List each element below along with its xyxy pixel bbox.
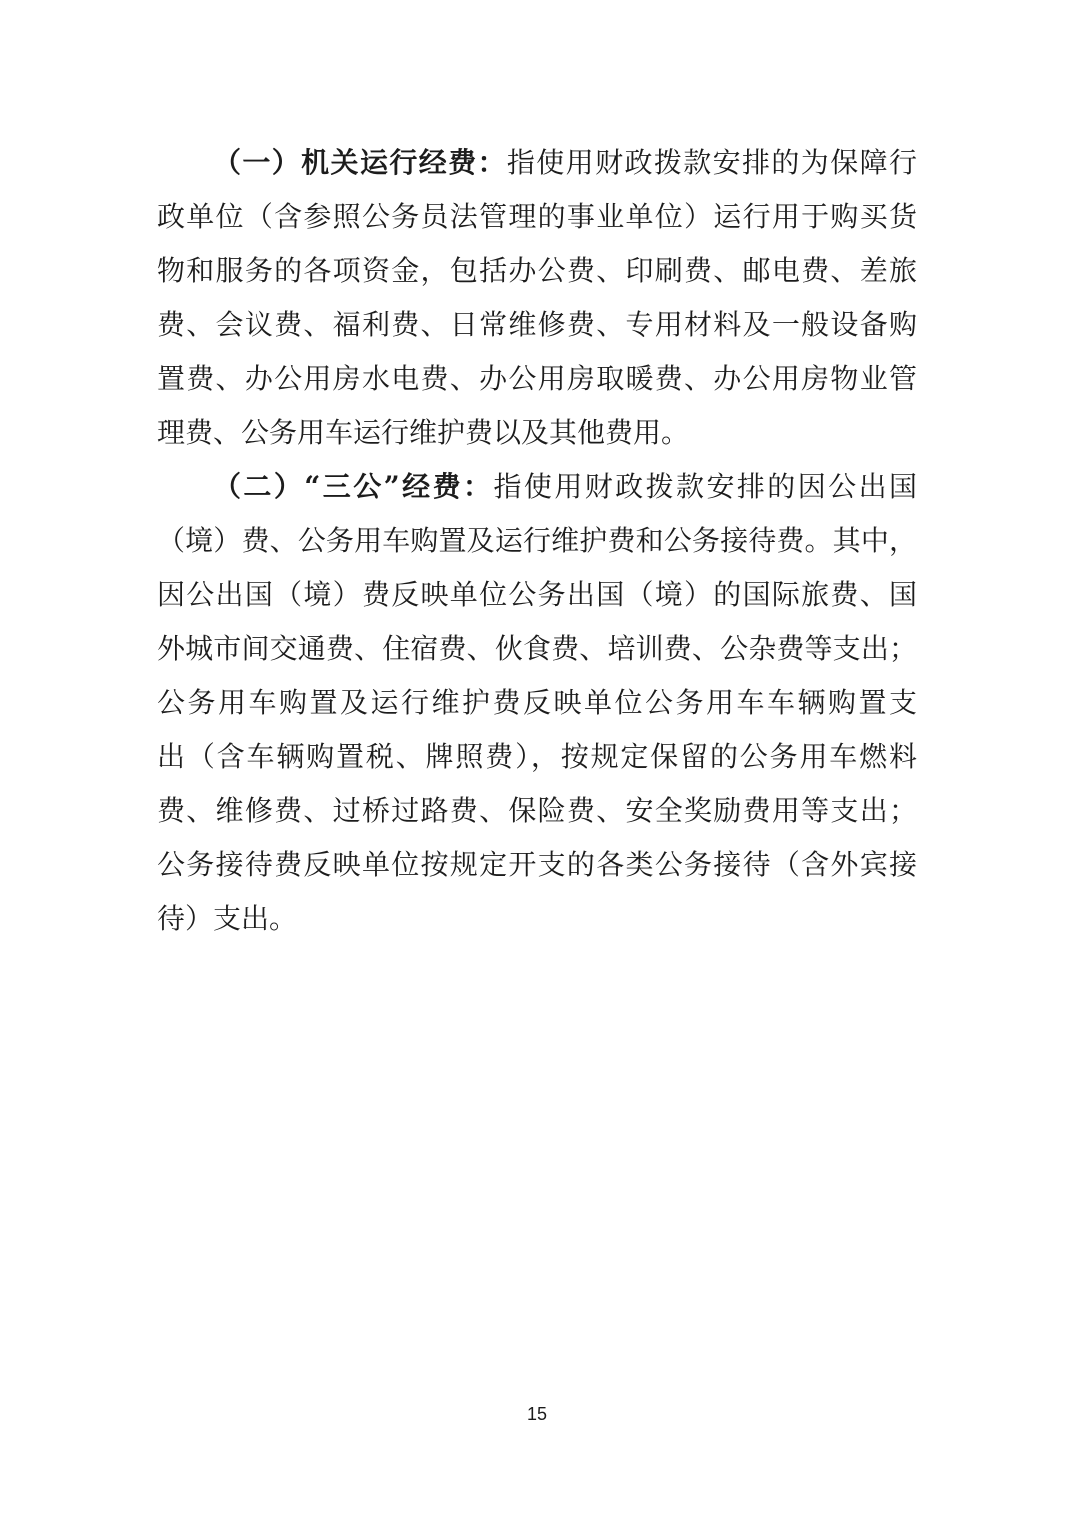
text-run: 外城市间交通费、住宿费、伙食费、培训费、公杂费等支出； bbox=[157, 632, 917, 665]
heading-run: （二）“三公”经费： bbox=[213, 470, 493, 503]
text-run: 置费、办公用房水电费、办公用房取暖费、办公用房物业管 bbox=[157, 362, 917, 395]
text-line: 物和服务的各项资金，包括办公费、印刷费、邮电费、差旅 bbox=[157, 244, 917, 298]
text-run: 出（含车辆购置税、牌照费），按规定保留的公务用车燃料 bbox=[157, 740, 917, 773]
text-line: （一）机关运行经费：指使用财政拨款安排的为保障行 bbox=[157, 136, 917, 190]
text-line: 出（含车辆购置税、牌照费），按规定保留的公务用车燃料 bbox=[157, 730, 917, 784]
text-line: 费、会议费、福利费、日常维修费、专用材料及一般设备购 bbox=[157, 298, 917, 352]
document-page: （一）机关运行经费：指使用财政拨款安排的为保障行政单位（含参照公务员法管理的事业… bbox=[0, 0, 1074, 1520]
heading-run: （一）机关运行经费： bbox=[213, 146, 507, 179]
text-line: 公务接待费反映单位按规定开支的各类公务接待（含外宾接 bbox=[157, 838, 917, 892]
text-line: （境）费、公务用车购置及运行维护费和公务接待费。其中， bbox=[157, 514, 917, 568]
text-run: （境）费、公务用车购置及运行维护费和公务接待费。其中， bbox=[157, 524, 917, 557]
text-line: 费、维修费、过桥过路费、保险费、安全奖励费用等支出； bbox=[157, 784, 917, 838]
text-run: 政单位（含参照公务员法管理的事业单位）运行用于购买货 bbox=[157, 200, 917, 233]
text-run: 物和服务的各项资金，包括办公费、印刷费、邮电费、差旅 bbox=[157, 254, 917, 287]
page-number: 15 bbox=[0, 1402, 1074, 1426]
text-run: 公务用车购置及运行维护费反映单位公务用车车辆购置支 bbox=[157, 686, 917, 719]
text-line: 因公出国（境）费反映单位公务出国（境）的国际旅费、国 bbox=[157, 568, 917, 622]
text-run: 指使用财政拨款安排的为保障行 bbox=[507, 146, 917, 179]
text-line: 政单位（含参照公务员法管理的事业单位）运行用于购买货 bbox=[157, 190, 917, 244]
document-body: （一）机关运行经费：指使用财政拨款安排的为保障行政单位（含参照公务员法管理的事业… bbox=[157, 136, 917, 946]
text-line: 外城市间交通费、住宿费、伙食费、培训费、公杂费等支出； bbox=[157, 622, 917, 676]
text-line: （二）“三公”经费：指使用财政拨款安排的因公出国 bbox=[157, 460, 917, 514]
text-run: 理费、公务用车运行维护费以及其他费用。 bbox=[157, 416, 689, 449]
text-run: 费、会议费、福利费、日常维修费、专用材料及一般设备购 bbox=[157, 308, 917, 341]
text-run: 指使用财政拨款安排的因公出国 bbox=[493, 470, 917, 503]
text-run: 待）支出。 bbox=[157, 902, 297, 935]
text-run: 因公出国（境）费反映单位公务出国（境）的国际旅费、国 bbox=[157, 578, 917, 611]
text-line: 置费、办公用房水电费、办公用房取暖费、办公用房物业管 bbox=[157, 352, 917, 406]
text-line: 公务用车购置及运行维护费反映单位公务用车车辆购置支 bbox=[157, 676, 917, 730]
text-line: 理费、公务用车运行维护费以及其他费用。 bbox=[157, 406, 917, 460]
text-run: 费、维修费、过桥过路费、保险费、安全奖励费用等支出； bbox=[157, 794, 917, 827]
text-run: 公务接待费反映单位按规定开支的各类公务接待（含外宾接 bbox=[157, 848, 917, 881]
text-line: 待）支出。 bbox=[157, 892, 917, 946]
